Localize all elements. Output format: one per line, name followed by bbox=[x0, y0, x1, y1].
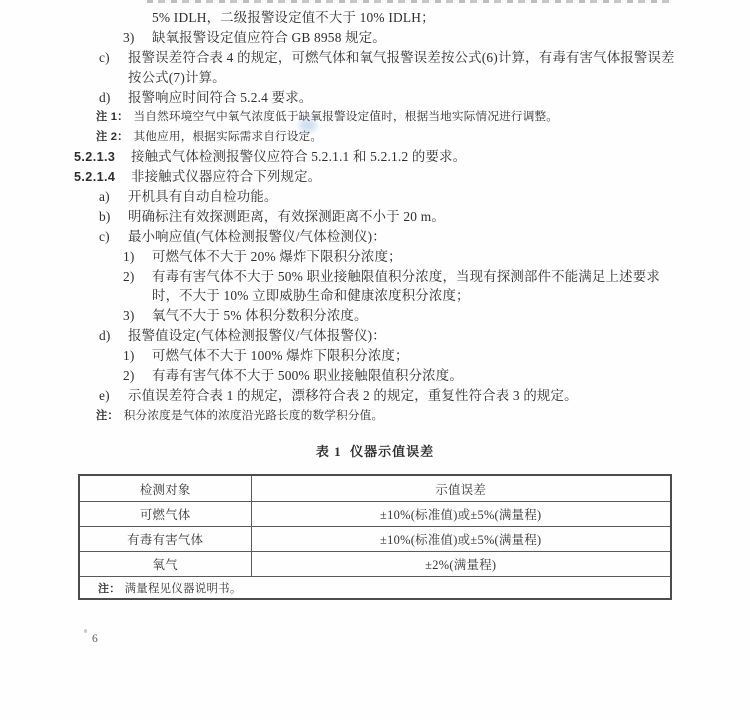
scan-speck bbox=[84, 629, 87, 633]
text-line: a)开机具有自动自检功能。 bbox=[74, 187, 680, 207]
line-marker: 1) bbox=[123, 346, 152, 366]
text-line: 注 2：其他应用，根据实际需求自行设定。 bbox=[74, 127, 680, 147]
line-text: 接触式气体检测报警仪应符合 5.2.1.1 和 5.2.1.2 的要求。 bbox=[131, 149, 466, 164]
table-header-cell: 检测对象 bbox=[79, 475, 251, 502]
line-text: 其他应用，根据实际需求自行设定。 bbox=[134, 130, 323, 143]
text-line: e)示值误差符合表 1 的规定，漂移符合表 2 的规定，重复性符合表 3 的规定… bbox=[74, 386, 680, 406]
text-line: 1)可燃气体不大于 100% 爆炸下限积分浓度； bbox=[74, 346, 680, 366]
text-line: 1)可燃气体不大于 20% 爆炸下限积分浓度； bbox=[74, 247, 680, 267]
line-marker: 注： bbox=[96, 407, 119, 427]
line-marker: d) bbox=[99, 326, 128, 346]
line-text: 当自然环境空气中氧气浓度低于缺氧报警设定值时，根据当地实际情况进行调整。 bbox=[134, 110, 559, 123]
text-line: 5.2.1.3接触式气体检测报警仪应符合 5.2.1.1 和 5.2.1.2 的… bbox=[74, 147, 680, 167]
text-line: c)最小响应值(气体检测报警仪/气体检测仪)： bbox=[74, 227, 680, 247]
line-text: 开机具有自动自检功能。 bbox=[128, 189, 278, 204]
line-text: 报警值设定(气体检测报警仪/气体报警仪)： bbox=[128, 328, 386, 343]
line-text: 非接触式仪器应符合下列规定。 bbox=[131, 169, 321, 184]
line-marker: 注 2： bbox=[96, 128, 129, 148]
line-marker: 3) bbox=[123, 28, 152, 48]
line-marker: 5.2.1.4 bbox=[74, 168, 131, 188]
text-line: 5.2.1.4非接触式仪器应符合下列规定。 bbox=[74, 167, 680, 187]
document-page: 5% IDLH，二级报警设定值不大于 10% IDLH；3)缺氧报警设定值应符合… bbox=[0, 0, 750, 720]
table-cell: ±10%(标准值)或±5%(满量程) bbox=[251, 502, 671, 527]
text-line: 按公式(7)计算。 bbox=[74, 68, 680, 88]
line-text: 积分浓度是气体的浓度沿光路长度的数学积分值。 bbox=[124, 409, 383, 422]
table-cell: 可燃气体 bbox=[79, 502, 251, 527]
line-marker: 5.2.1.3 bbox=[74, 148, 131, 168]
text-line: 注：积分浓度是气体的浓度沿光路长度的数学积分值。 bbox=[74, 406, 680, 426]
table-header-cell: 示值误差 bbox=[251, 475, 671, 502]
line-marker: e) bbox=[99, 386, 128, 406]
line-marker: 注 1： bbox=[96, 108, 129, 128]
line-marker: 1) bbox=[123, 247, 152, 267]
line-text: 最小响应值(气体检测报警仪/气体检测仪)： bbox=[128, 229, 386, 244]
line-text: 缺氧报警设定值应符合 GB 8958 规定。 bbox=[152, 30, 386, 45]
text-line: 2)有毒有害气体不大于 50% 职业接触限值积分浓度，当现有探测部件不能满足上述… bbox=[74, 267, 680, 287]
line-text: 有毒有害气体不大于 50% 职业接触限值积分浓度，当现有探测部件不能满足上述要求 bbox=[152, 269, 660, 284]
table-row: 可燃气体±10%(标准值)或±5%(满量程) bbox=[79, 502, 671, 527]
table-body: 可燃气体±10%(标准值)或±5%(满量程)有毒有害气体±10%(标准值)或±5… bbox=[79, 502, 671, 577]
line-marker: 2) bbox=[123, 366, 152, 386]
table-title: 表 1 仪器示值误差 bbox=[78, 443, 672, 463]
table-row: 有毒有害气体±10%(标准值)或±5%(满量程) bbox=[79, 527, 671, 552]
line-text: 氧气不大于 5% 体积分数积分浓度。 bbox=[152, 308, 368, 323]
text-line: 3)氧气不大于 5% 体积分数积分浓度。 bbox=[74, 306, 680, 326]
table-section: 表 1 仪器示值误差 检测对象 示值误差 可燃气体±10%(标准值)或±5%(满… bbox=[78, 443, 672, 600]
text-line: c)报警误差符合表 4 的规定，可燃气体和氧气报警误差按公式(6)计算，有毒有害… bbox=[74, 48, 680, 68]
line-text: 5% IDLH，二级报警设定值不大于 10% IDLH； bbox=[152, 10, 435, 25]
line-marker: c) bbox=[99, 227, 128, 247]
line-marker: 2) bbox=[123, 267, 152, 287]
text-line: 5% IDLH，二级报警设定值不大于 10% IDLH； bbox=[74, 8, 680, 28]
line-text: 报警响应时间符合 5.2.4 要求。 bbox=[128, 90, 312, 105]
line-text: 时，不大于 10% 立即威胁生命和健康浓度积分浓度； bbox=[152, 288, 470, 303]
line-text: 有毒有害气体不大于 500% 职业接触限值积分浓度。 bbox=[152, 368, 463, 383]
table-header-row: 检测对象 示值误差 bbox=[79, 475, 671, 502]
table-note-label: 注： bbox=[98, 583, 121, 595]
line-marker: a) bbox=[99, 187, 128, 207]
text-line: d)报警响应时间符合 5.2.4 要求。 bbox=[74, 88, 680, 108]
text-line: b)明确标注有效探测距离，有效探测距离不小于 20 m。 bbox=[74, 207, 680, 227]
clipped-line-remnant bbox=[147, 0, 675, 3]
table-row: 氧气±2%(满量程) bbox=[79, 552, 671, 577]
table-cell: 氧气 bbox=[79, 552, 251, 577]
line-text: 可燃气体不大于 20% 爆炸下限积分浓度； bbox=[152, 249, 402, 264]
line-marker: 3) bbox=[123, 306, 152, 326]
table-cell: 有毒有害气体 bbox=[79, 527, 251, 552]
table-cell: ±10%(标准值)或±5%(满量程) bbox=[251, 527, 671, 552]
document-lines: 5% IDLH，二级报警设定值不大于 10% IDLH；3)缺氧报警设定值应符合… bbox=[74, 8, 680, 426]
text-line: 2)有毒有害气体不大于 500% 职业接触限值积分浓度。 bbox=[74, 366, 680, 386]
line-text: 明确标注有效探测距离，有效探测距离不小于 20 m。 bbox=[128, 209, 445, 224]
page-number: 6 bbox=[92, 633, 98, 645]
table-note-text: 满量程见仪器说明书。 bbox=[125, 583, 242, 595]
table-note-row: 注：满量程见仪器说明书。 bbox=[79, 577, 671, 600]
line-text: 示值误差符合表 1 的规定，漂移符合表 2 的规定，重复性符合表 3 的规定。 bbox=[128, 388, 578, 403]
line-text: 可燃气体不大于 100% 爆炸下限积分浓度； bbox=[152, 348, 409, 363]
text-line: 3)缺氧报警设定值应符合 GB 8958 规定。 bbox=[74, 28, 680, 48]
line-text: 报警误差符合表 4 的规定，可燃气体和氧气报警误差按公式(6)计算，有毒有害气体… bbox=[128, 50, 675, 65]
text-line: 时，不大于 10% 立即威胁生命和健康浓度积分浓度； bbox=[74, 286, 680, 306]
spec-table: 检测对象 示值误差 可燃气体±10%(标准值)或±5%(满量程)有毒有害气体±1… bbox=[78, 474, 672, 600]
table-note-cell: 注：满量程见仪器说明书。 bbox=[79, 577, 671, 600]
line-text: 按公式(7)计算。 bbox=[128, 70, 226, 85]
line-marker: d) bbox=[99, 88, 128, 108]
table-cell: ±2%(满量程) bbox=[251, 552, 671, 577]
text-line: 注 1：当自然环境空气中氧气浓度低于缺氧报警设定值时，根据当地实际情况进行调整。 bbox=[74, 107, 680, 127]
line-marker: c) bbox=[99, 48, 128, 68]
line-marker: b) bbox=[99, 207, 128, 227]
text-line: d)报警值设定(气体检测报警仪/气体报警仪)： bbox=[74, 326, 680, 346]
